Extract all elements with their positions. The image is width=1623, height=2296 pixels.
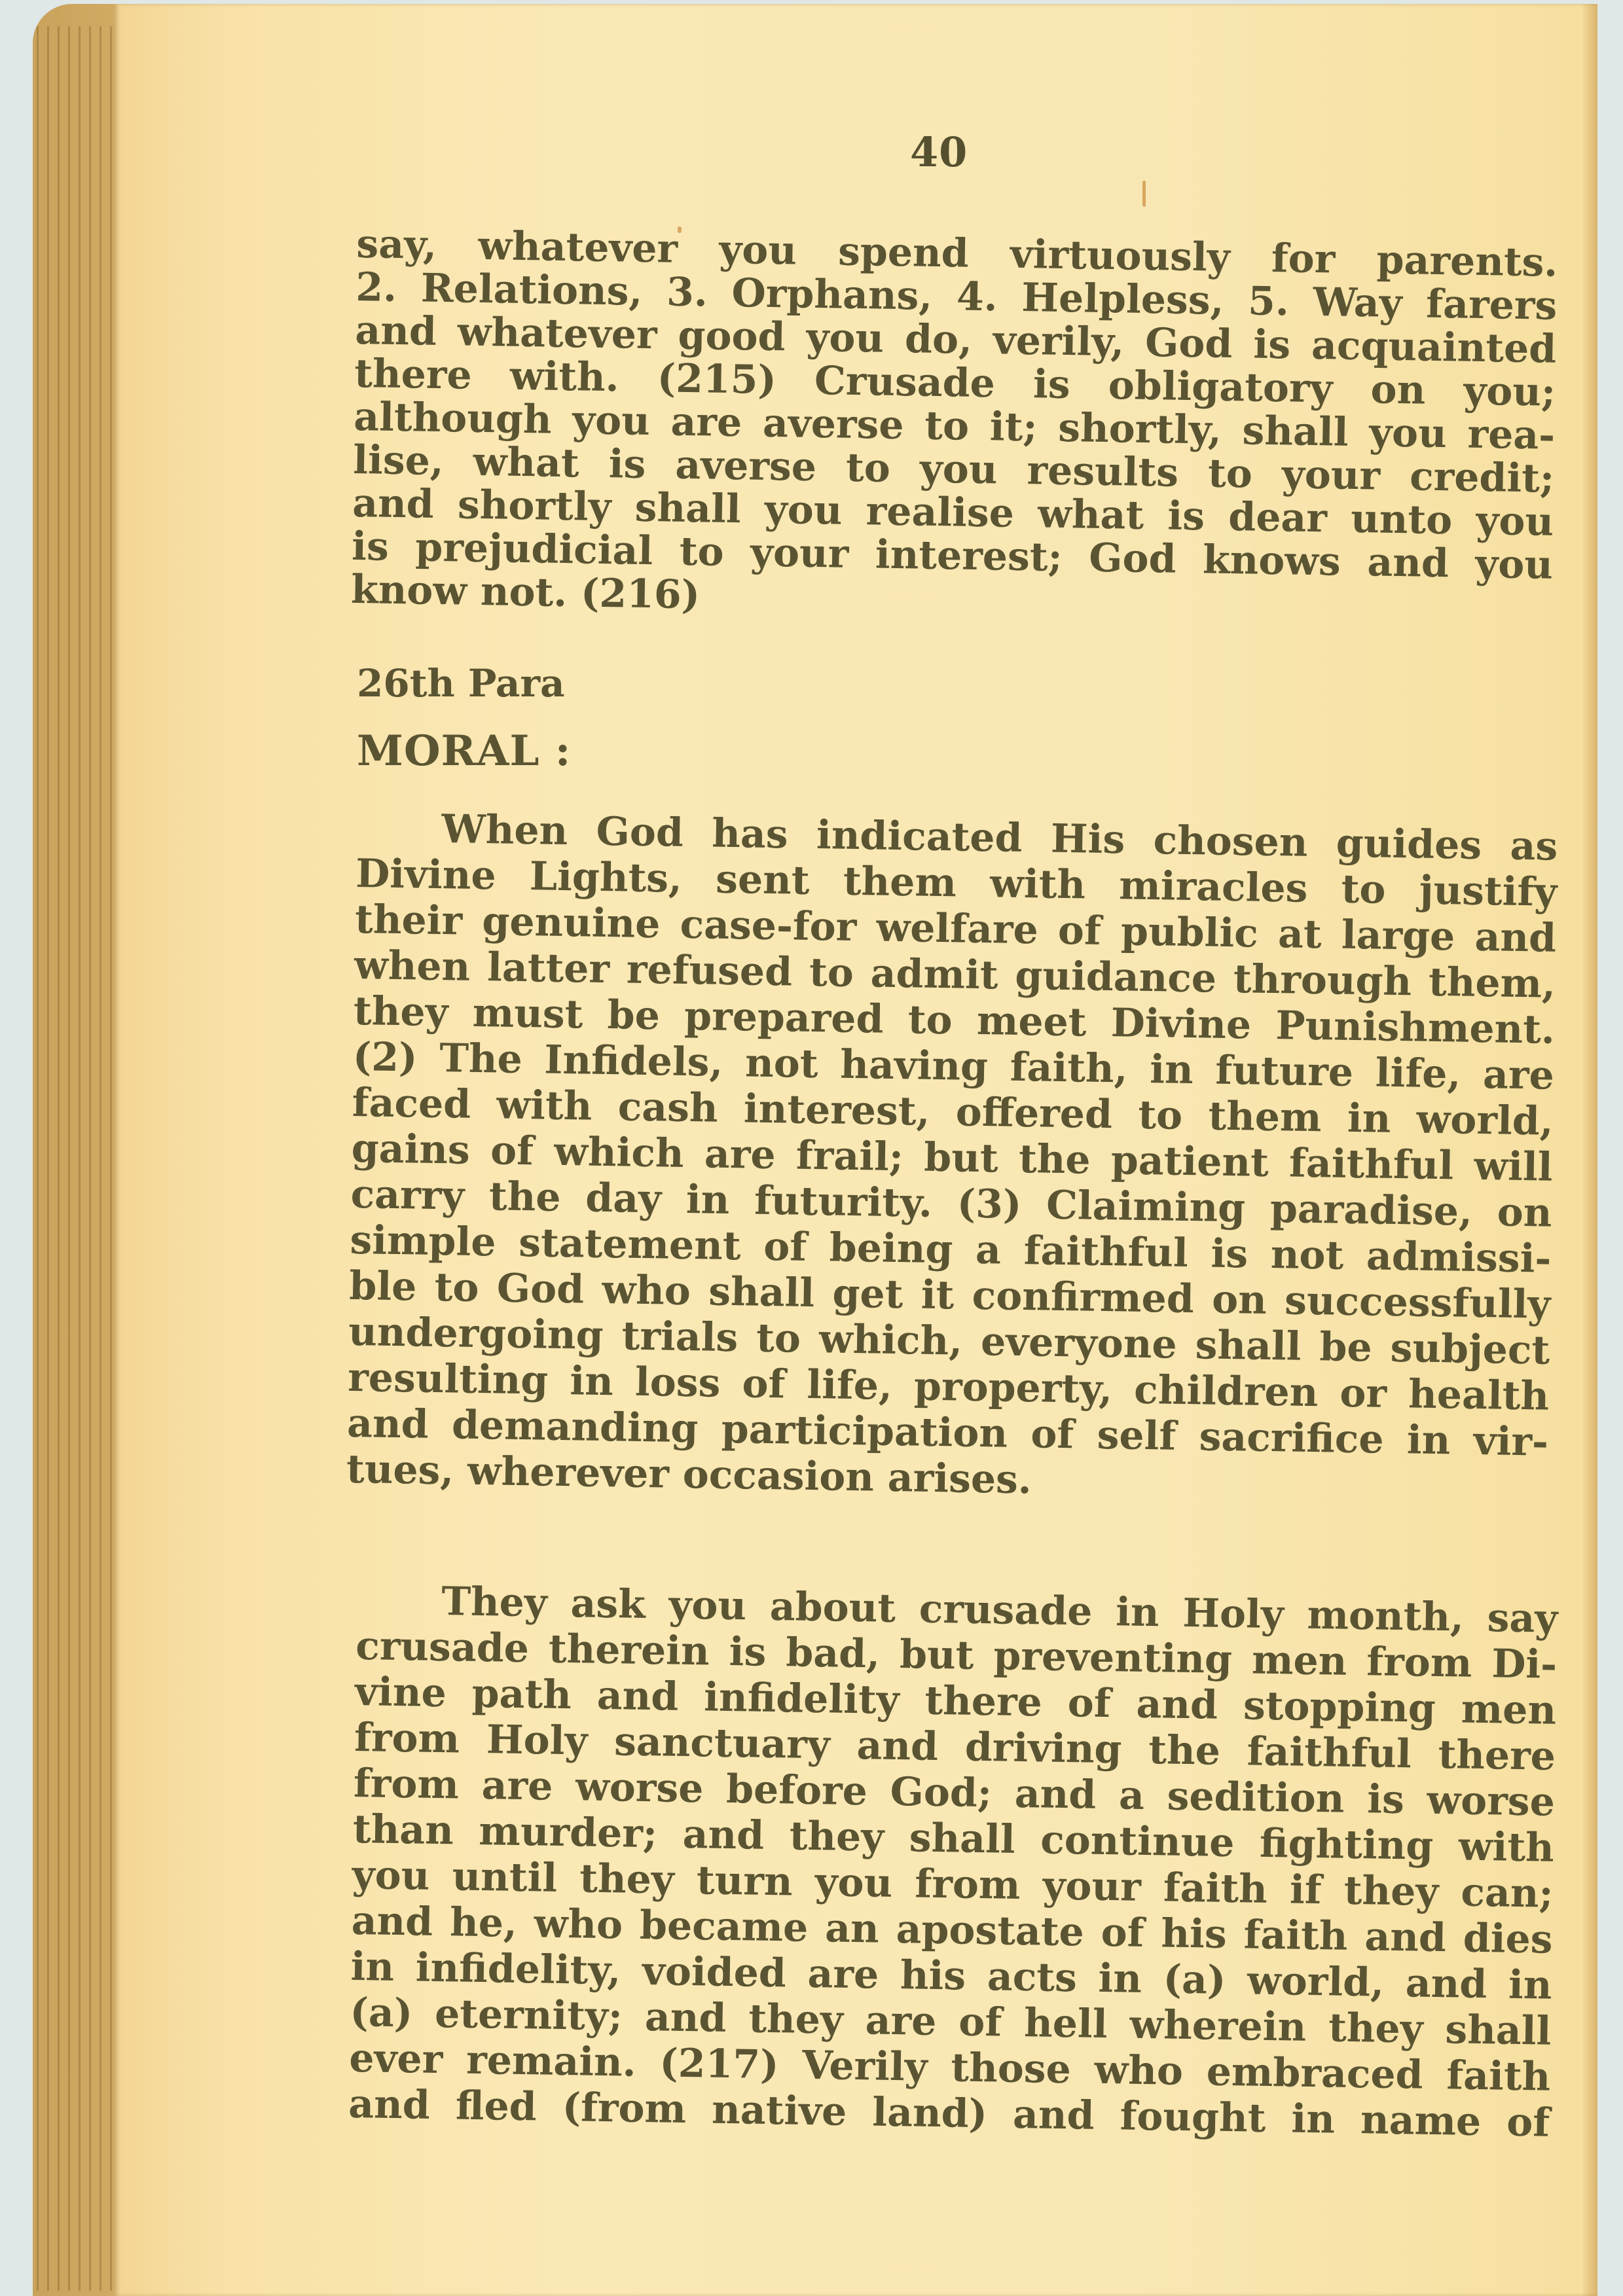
moral-paragraph: When God has indicated His chosen guides…: [346, 805, 1558, 1511]
page-edges: [37, 26, 115, 2291]
passage-verses-215-216: say, whatever you spend virtuously for p…: [351, 223, 1558, 630]
paper-stain: [1142, 181, 1146, 207]
para-heading: 26th Para: [357, 661, 565, 706]
passage-verses-217: They ask you about crusade in Holy month…: [348, 1577, 1558, 2146]
page-number: 40: [910, 128, 968, 176]
moral-heading: MORAL :: [357, 726, 571, 776]
